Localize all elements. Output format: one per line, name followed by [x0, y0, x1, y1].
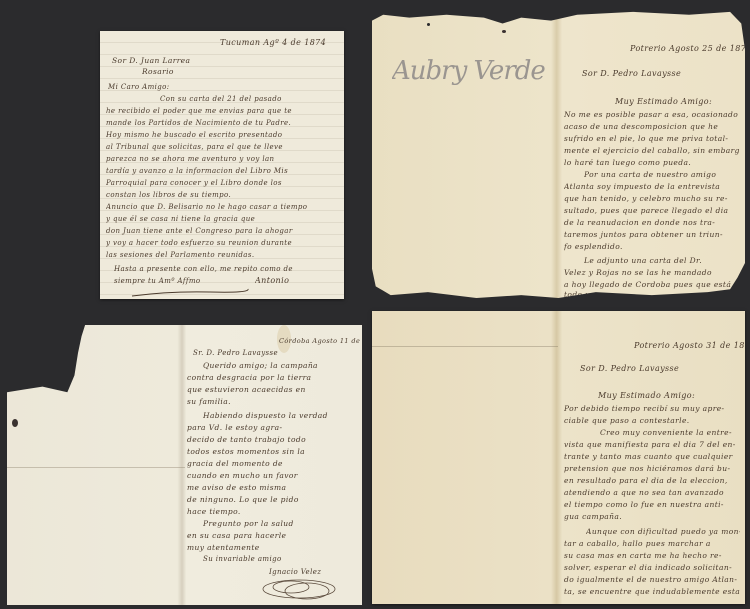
letter-bottom-right: Potrerio Agosto 31 de 1870 Sor D. Pedro …: [372, 311, 745, 604]
letter-closing: Su invariable amigo: [203, 555, 282, 563]
letter-salutation: Mi Caro Amigo:: [108, 83, 170, 91]
letter-addressee: Sor D. Pedro Lavaysse: [582, 69, 681, 78]
letter-addressee: Sr. D. Pedro Lavaysse: [193, 349, 278, 357]
letter-top-left: Tucuman Agº 4 de 1874 Sor D. Juan Larrea…: [100, 31, 344, 299]
letter-date: Potrerio Agosto 25 de 1870: [630, 44, 745, 53]
letter-place: Rosario: [142, 67, 174, 76]
pencil-annotation: Aubry Verde: [392, 56, 545, 86]
fold-crease: [372, 346, 558, 347]
signature-flourish-icon: [130, 287, 250, 299]
signature-flourish-icon: [259, 575, 341, 605]
letter-top-right: Aubry Verde Potrerio Agosto 25 de 1870 S…: [372, 6, 745, 298]
letter-bottom-left: Córdoba Agosto 11 de 1870 Sr. D. Pedro L…: [7, 325, 362, 605]
letter-salutation: Muy Estimado Amigo:: [615, 97, 712, 106]
letter-addressee: Sor D. Pedro Lavaysse: [580, 364, 679, 373]
letter-date: Córdoba Agosto 11 de 1870: [279, 337, 362, 345]
letter-signature: Antonio: [255, 276, 289, 285]
letter-date: Tucuman Agº 4 de 1874: [220, 38, 326, 47]
letter-addressee: Sor D. Juan Larrea: [112, 56, 190, 65]
letter-date: Potrerio Agosto 31 de 1870: [634, 341, 745, 350]
fold-crease: [7, 467, 185, 468]
letter-salutation: Muy Estimado Amigo:: [598, 391, 695, 400]
